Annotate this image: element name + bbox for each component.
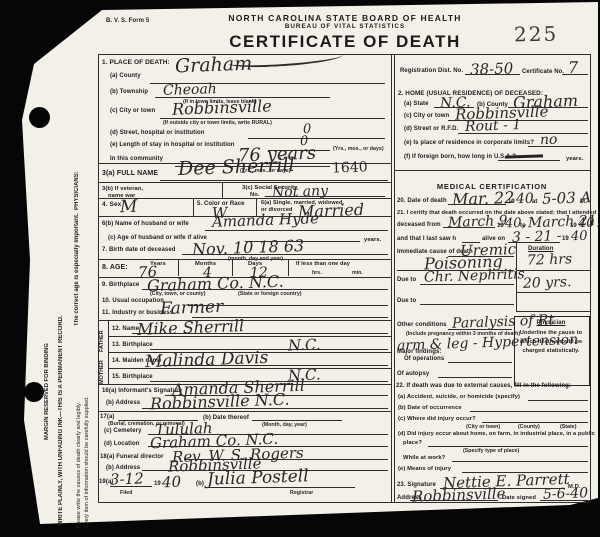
- field-line: [132, 333, 388, 334]
- physician-addr-value: Robbinsville: [412, 484, 506, 505]
- field-line: [110, 486, 152, 487]
- filed-year-value: 40: [162, 473, 182, 492]
- field-line: [448, 362, 512, 363]
- reg-dist-label: Registration Dist. No.: [400, 68, 463, 74]
- field-line: [160, 365, 388, 366]
- bureau-name: BUREAU OF VITAL STATISTICS: [200, 23, 490, 30]
- reg-dist-value: 38-50: [470, 59, 514, 78]
- row-border: [98, 198, 391, 199]
- where-note-1: (City or town): [466, 424, 500, 430]
- mother-bp-label: 15. Birthplace: [112, 374, 153, 380]
- date-signed-label: Date signed: [502, 495, 536, 501]
- sex-label: 4. Sex: [102, 201, 121, 208]
- of-operations-label: Of operations: [404, 356, 444, 362]
- field-line: [410, 500, 498, 501]
- stamp-number: 225: [514, 22, 559, 47]
- father-bp-label: 13. Birthplace: [112, 342, 153, 348]
- home-foreign-suffix: years.: [566, 156, 583, 162]
- did-injury-label-2: place?: [403, 440, 422, 446]
- field-line: [458, 133, 588, 134]
- dod-m-label: M.: [580, 199, 587, 205]
- place-of-death-heading: 1. PLACE OF DEATH:: [102, 59, 170, 66]
- field-line: [420, 304, 514, 305]
- field-line: [182, 254, 388, 255]
- margin-age-note: The correct age is especially important.: [74, 213, 80, 326]
- spouse-value: Amanda Hyde: [212, 209, 320, 231]
- stay-note: (Yrs., mos., or days): [333, 146, 384, 152]
- city-label: (c) City or town: [110, 108, 155, 114]
- county-value: Graham: [175, 53, 253, 78]
- cell-divider: [222, 182, 223, 198]
- field-line: [516, 292, 590, 293]
- column-divider: [391, 54, 392, 502]
- from-label: deceased from: [397, 222, 441, 228]
- field-line: [562, 74, 588, 75]
- duration-value: 72 hrs: [527, 251, 573, 269]
- field-line: [528, 400, 588, 401]
- did-injury-label: (d) Did injury occur about home, on farm…: [398, 431, 595, 437]
- dod-value: Mar. 22: [452, 188, 515, 209]
- director-label: 18(a) Funeral director: [100, 454, 164, 460]
- field-line: [516, 270, 590, 271]
- county-label: (a) County: [110, 73, 141, 79]
- physician-box-body: Underline the cause to which death shoul…: [517, 329, 585, 356]
- row-border: [98, 411, 391, 412]
- street-label: (d) Street, hospital or institution: [110, 130, 205, 136]
- filed-year-prefix: 19: [154, 481, 161, 487]
- field-line: [438, 377, 512, 378]
- field-line: [448, 329, 512, 330]
- margin-note-binding: MARGIN RESERVED FOR BINDING: [44, 290, 50, 440]
- where-note-3: (State): [560, 424, 576, 430]
- full-name-label: 3(a) FULL NAME: [102, 170, 158, 177]
- while-at-work-label: While at work?: [403, 455, 445, 461]
- field-line: [142, 289, 388, 290]
- margin-note-causes: Please write the causes of death clearly…: [76, 340, 82, 528]
- home-street-label: (d) Street or R.F.D.: [404, 126, 458, 132]
- where-label: (c) Where did injury occur?: [398, 416, 476, 422]
- age-label: 8. AGE:: [102, 264, 128, 271]
- field-line: [205, 230, 388, 231]
- field-line: [452, 461, 588, 462]
- industry-value: Farmer: [160, 297, 224, 319]
- sex-value: M: [120, 197, 138, 218]
- row-border: [108, 368, 391, 369]
- veteran-label: 3(b) If veteran,: [102, 186, 143, 192]
- dod-at-label: at: [532, 199, 538, 205]
- last-saw-label: and that I last saw h: [397, 236, 456, 242]
- occurrence-label: (b) Date of occurrence: [398, 405, 462, 411]
- registrar-caption: Registrar: [290, 490, 313, 496]
- last-saw-value: 3 - 21 -: [512, 228, 562, 246]
- due2-label: Due to: [397, 298, 416, 304]
- dod-label: 20. Date of death: [397, 198, 447, 204]
- of-autopsy-label: Of autopsy: [397, 371, 429, 377]
- cemetery-label: (c) Cemetery: [104, 428, 142, 434]
- field-line: [428, 446, 588, 447]
- row-border: [98, 259, 391, 260]
- informant-addr-label: (b) Address: [106, 400, 140, 406]
- city-value: Robbinsville: [172, 96, 272, 118]
- from-year-prefix: 19: [497, 223, 504, 229]
- date-thereof-note: (Month, day, year): [262, 422, 307, 428]
- accident-label: (a) Accident, suicide, or homicide (spec…: [398, 394, 520, 400]
- margin-note-physicians: The correct age is especially important.…: [74, 16, 80, 326]
- field-line: [498, 160, 560, 161]
- last-saw-year-prefix: 19: [562, 236, 569, 242]
- birth-date-label: 7. Birth date of deceased: [102, 247, 176, 253]
- row-border: [98, 182, 391, 183]
- township-label: (b) Township: [110, 89, 148, 95]
- field-line: [160, 118, 385, 119]
- birthplace-note-1: (City, town, or county): [150, 291, 206, 297]
- location-label: (d) Location: [104, 441, 140, 447]
- major-findings-label: Major findings:: [397, 349, 442, 355]
- form-border-bottom: [98, 502, 590, 503]
- occupation-label: 10. Usual occupation: [102, 298, 164, 304]
- home-corporate-label: (e) Is place of residence in corporate l…: [404, 140, 534, 146]
- field-line: [420, 284, 514, 285]
- field-line: [205, 487, 355, 488]
- due1-label: Due to: [397, 277, 416, 283]
- filed-caption: Filed: [120, 490, 132, 496]
- field-line: [443, 227, 495, 228]
- external-heading: 22. If death was due to external causes,…: [396, 383, 571, 389]
- dod-year-prefix: 19: [508, 199, 515, 205]
- did-injury-note: (Specify type of place): [463, 448, 519, 454]
- full-name-extra: 1640: [332, 159, 368, 176]
- age-hrs-label: hrs.: [312, 270, 322, 276]
- due1-duration-value: 20 yrs.: [523, 274, 572, 292]
- certificate-title: CERTIFICATE OF DEATH: [180, 32, 510, 52]
- field-line: [142, 408, 388, 409]
- filing-label-b: (b): [196, 481, 204, 487]
- punch-hole: [24, 382, 44, 402]
- form-border-top: [98, 54, 590, 55]
- field-line: [528, 146, 588, 147]
- spouse-age-suffix: years.: [364, 237, 381, 243]
- margin-physicians-word: PHYSICIANS:: [74, 171, 80, 210]
- field-line: [470, 411, 588, 412]
- field-line: [465, 74, 520, 75]
- cert-no-label: Certificate No.: [522, 69, 564, 75]
- form-number: B. V. S. Form 5: [106, 18, 149, 24]
- home-city-label: (c) City or town: [404, 113, 449, 119]
- punch-hole: [29, 107, 50, 128]
- cell-divider: [193, 198, 194, 216]
- stay-label: (e) Length of stay in hospital or instit…: [110, 142, 235, 148]
- other-conditions-label: Other conditions: [397, 322, 447, 328]
- margin-note-write-plainly: WRITE PLAINLY, WITH UNFADING INK—THIS IS…: [58, 66, 64, 526]
- birthplace-note-2: (State or foreign country): [238, 291, 302, 297]
- mother-side-label: MOTHER: [99, 354, 105, 384]
- form-border-left: [98, 54, 99, 502]
- field-line: [248, 138, 385, 139]
- where-note-2: (County): [518, 424, 540, 430]
- field-line: [252, 420, 342, 421]
- age-min-label: min.: [352, 270, 363, 276]
- burial-label: 17(a): [100, 414, 115, 420]
- age-less-label: If less than one day: [296, 261, 350, 267]
- row-border: [394, 170, 590, 171]
- scanned-death-certificate: The correct age is especially important.…: [0, 0, 600, 537]
- field-line: [448, 204, 506, 205]
- cell-divider: [288, 259, 289, 276]
- row-border: [108, 336, 391, 337]
- father-name-label: 12. Name: [112, 326, 139, 332]
- column-divider: [394, 54, 395, 502]
- margin-note-supply: Every item of information should be care…: [84, 332, 90, 528]
- physician-box-title: Physician: [514, 320, 588, 326]
- city-note: (If outside city or town limits, write R…: [163, 120, 272, 126]
- cell-divider: [178, 259, 179, 276]
- father-side-label: FATHER: [99, 322, 105, 352]
- last-saw-year-value: 40: [571, 229, 588, 245]
- birthplace-label: 9. Birthplace: [102, 282, 139, 288]
- spouse-label: 6(b) Name of husband or wife: [102, 221, 189, 227]
- to-label: to: [520, 223, 526, 229]
- means-of-injury-label: (e) Means of injury: [398, 466, 451, 472]
- field-line: [540, 500, 588, 501]
- field-line: [160, 180, 388, 181]
- board-name: NORTH CAROLINA STATE BOARD OF HEALTH: [200, 13, 490, 23]
- community-label: In this community: [110, 156, 163, 162]
- full-name-value: Dee Sherrill: [178, 154, 295, 180]
- home-state-label: (a) State: [404, 101, 429, 107]
- field-line: [265, 196, 385, 197]
- field-line: [482, 422, 588, 423]
